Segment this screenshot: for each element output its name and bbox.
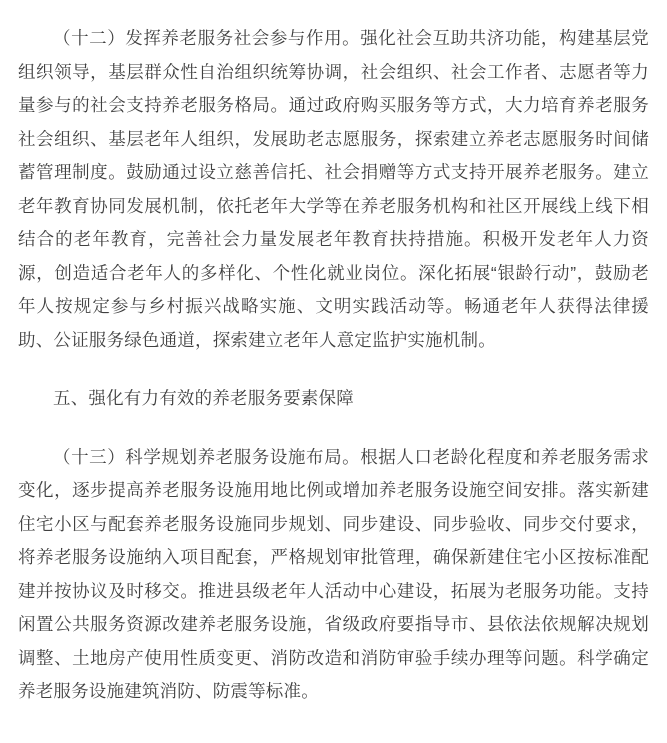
paragraph-clause-12: （十二）发挥养老服务社会参与作用。强化社会互助共济功能，构建基层党组织领导，基层…	[18, 22, 649, 357]
section-heading-5: 五、强化有力有效的养老服务要素保障	[18, 382, 649, 416]
document-page: （十二）发挥养老服务社会参与作用。强化社会互助共济功能，构建基层党组织领导，基层…	[0, 0, 667, 743]
paragraph-clause-13: （十三）科学规划养老服务设施布局。根据人口老龄化程度和养老服务需求变化，逐步提高…	[18, 441, 649, 709]
